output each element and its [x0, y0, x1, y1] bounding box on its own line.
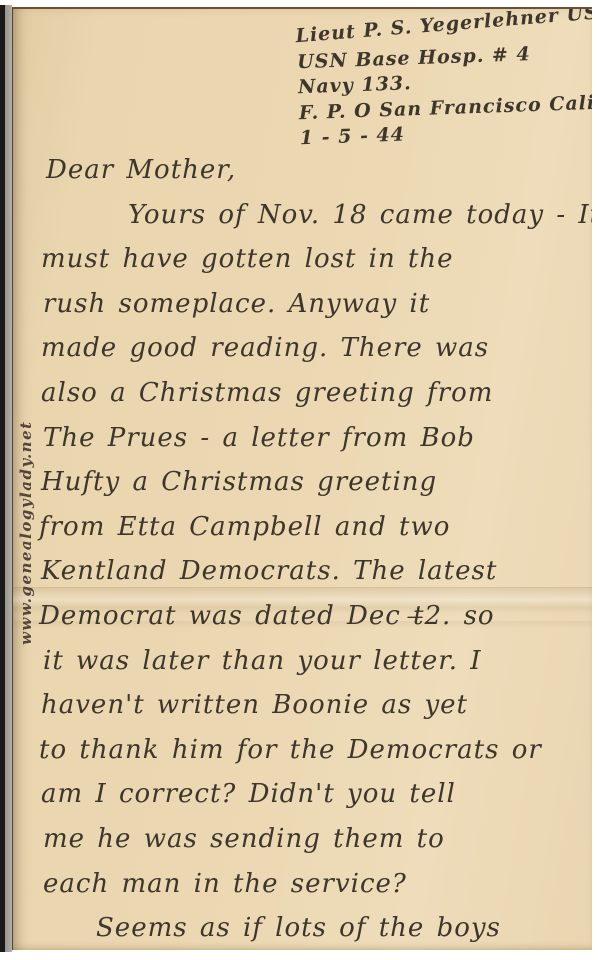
letter-paper: Lieut P. S. Yegerlehner USNRUSN Base Hos…: [12, 7, 592, 950]
letter-line: to thank him for the Democrats or: [13, 730, 592, 775]
letter-line: it was later than your letter. I: [13, 641, 592, 686]
letter-line: Seems as if lots of the boys: [13, 908, 592, 950]
scan-edge-gray-strip: [5, 5, 12, 952]
letter-header: Lieut P. S. Yegerlehner USNRUSN Base Hos…: [296, 14, 592, 152]
letter-line: haven't written Boonie as yet: [13, 685, 592, 730]
letter-body: Dear Mother,Yours of Nov. 18 came today …: [13, 150, 592, 950]
letter-line: Hufty a Christmas greeting: [13, 462, 592, 507]
letter-line: me he was sending them to: [13, 819, 592, 864]
letter-line: from Etta Campbell and two: [13, 507, 592, 552]
letter-line: Yours of Nov. 18 came today - It: [13, 195, 592, 240]
letter-line: Dear Mother,: [13, 150, 592, 195]
letter-line: Kentland Democrats. The latest: [13, 551, 592, 596]
letter-line: The Prues - a letter from Bob: [13, 418, 592, 463]
letter-line: Democrat was dated Dec t̶2. so: [13, 596, 592, 641]
letter-line: also a Christmas greeting from: [13, 373, 592, 418]
letter-line: each man in the service?: [13, 864, 592, 909]
letter-line: am I correct? Didn't you tell: [13, 774, 592, 819]
letter-line: must have gotten lost in the: [13, 239, 592, 284]
letter-line: made good reading. There was: [13, 328, 592, 373]
watermark-text: www.genealogylady.net: [17, 420, 35, 645]
letter-line: rush someplace. Anyway it: [13, 284, 592, 329]
scanned-letter: Lieut P. S. Yegerlehner USNRUSN Base Hos…: [0, 0, 601, 960]
